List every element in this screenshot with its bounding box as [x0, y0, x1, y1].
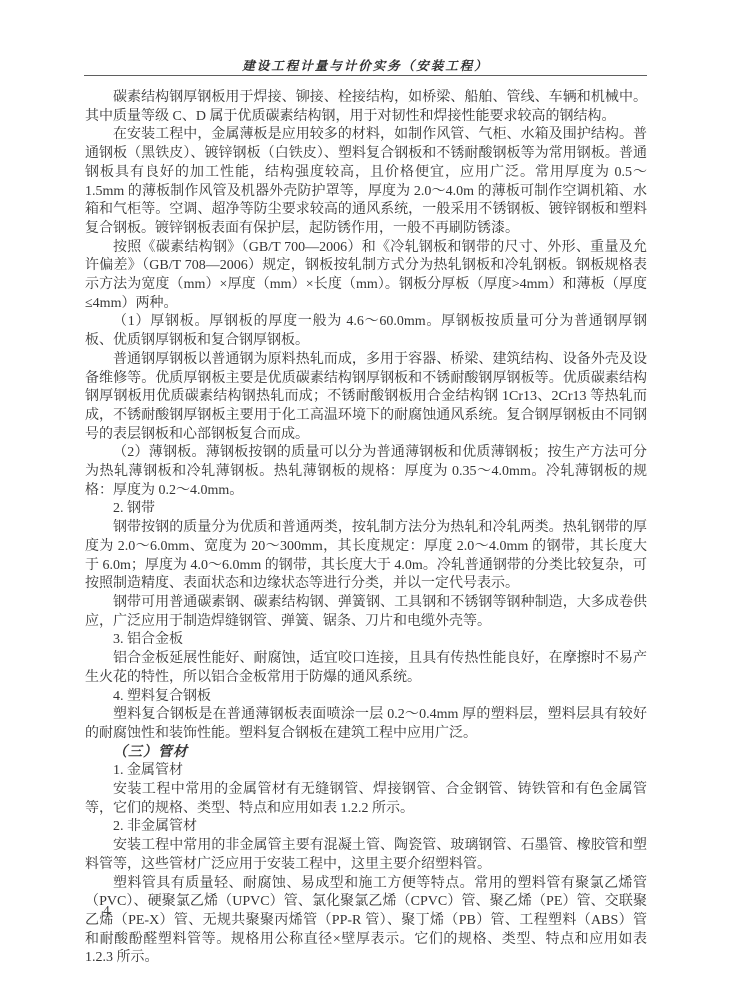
paragraph: （2）薄钢板。薄钢板按钢的质量可以分为普通薄钢板和优质薄钢板；按生产方法可分为热… [85, 444, 647, 500]
header-rule [84, 75, 647, 76]
paragraph: 塑料复合钢板是在普通薄钢板表面喷涂一层 0.2～0.4mm 厚的塑料层，塑料层具… [85, 706, 647, 743]
section-heading: 1. 金属管材 [85, 762, 647, 781]
paragraph: 按照《碳素结构钢》（GB/T 700—2006）和《冷轧钢板和钢带的尺寸、外形、… [85, 239, 647, 314]
page-number: 4 [103, 903, 110, 919]
running-head-title: 建设工程计量与计价实务（安装工程） [84, 56, 647, 74]
paragraph: 钢带可用普通碳素钢、碳素结构钢、弹簧钢、工具钢和不锈钢等钢种制造，大多成卷供应，… [85, 594, 647, 631]
section-heading: （三）管材 [85, 744, 647, 763]
paragraph: 安装工程中常用的金属管材有无缝钢管、焊接钢管、合金钢管、铸铁管和有色金属管等，它… [85, 781, 647, 818]
paragraph: 普通钢厚钢板以普通钢为原料热轧而成，多用于容器、桥梁、建筑结构、设备外壳及设备维… [85, 351, 647, 445]
paragraph: 铝合金板延展性能好、耐腐蚀，适宜咬口连接，且具有传热性能良好，在摩擦时不易产生火… [85, 650, 647, 687]
paragraph: 在安装工程中，金属薄板是应用较多的材料，如制作风管、气柜、水箱及围护结构。普通钢… [85, 126, 647, 238]
paragraph: 碳素结构钢厚钢板用于焊接、铆接、栓接结构，如桥梁、船舶、管线、车辆和机械中。其中… [85, 89, 647, 126]
document-page: 建设工程计量与计价实务（安装工程） 碳素结构钢厚钢板用于焊接、铆接、栓接结构，如… [0, 0, 730, 984]
section-heading: 2. 非金属管材 [85, 818, 647, 837]
paragraph: 塑料管具有质量轻、耐腐蚀、易成型和施工方便等特点。常用的塑料管有聚氯乙烯管（PV… [85, 875, 647, 969]
paragraph: 钢带按钢的质量分为优质和普通两类，按轧制方法分为热轧和冷轧两类。热轧钢带的厚度为… [85, 519, 647, 594]
section-heading: 4. 塑料复合钢板 [85, 688, 647, 707]
paragraph: （1）厚钢板。厚钢板的厚度一般为 4.6～60.0mm。厚钢板按质量可分为普通钢… [85, 313, 647, 350]
paragraph: 安装工程中常用的非金属管主要有混凝土管、陶瓷管、玻璃钢管、石墨管、橡胶管和塑料管… [85, 837, 647, 874]
section-heading: 3. 铝合金板 [85, 631, 647, 650]
content: 碳素结构钢厚钢板用于焊接、铆接、栓接结构，如桥梁、船舶、管线、车辆和机械中。其中… [85, 89, 647, 968]
section-heading: 2. 钢带 [85, 500, 647, 519]
